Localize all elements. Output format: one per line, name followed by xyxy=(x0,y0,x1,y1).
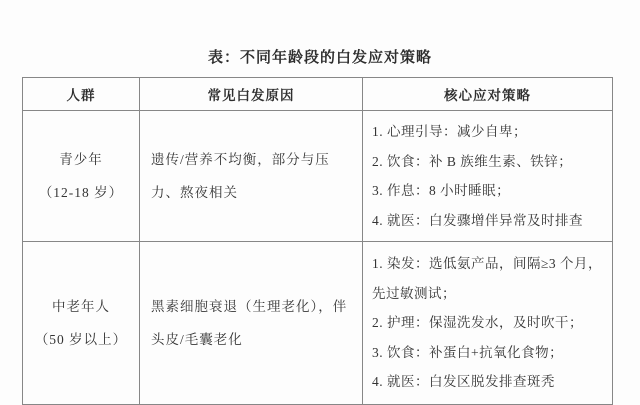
strategy-line: 2. 饮食：补 B 族维生素、铁锌； xyxy=(372,147,606,177)
group-name: 中老年人 xyxy=(24,290,138,323)
group-age: （12-18 岁） xyxy=(24,176,138,209)
header-group: 人群 xyxy=(23,78,140,111)
header-strategy: 核心应对策略 xyxy=(363,78,613,111)
strategy-line: 4. 就医：白发区脱发排查斑秃 xyxy=(372,367,606,397)
strategy-line: 1. 心理引导：减少自卑； xyxy=(372,117,606,147)
strategy-line: 4. 就医：白发骤增伴异常及时排查 xyxy=(372,206,606,236)
cause-cell: 黑素细胞衰退（生理老化），伴头皮/毛囊老化 xyxy=(140,242,363,405)
group-age: （50 岁以上） xyxy=(24,323,138,356)
strategy-line: 2. 护理：保湿洗发水，及时吹干； xyxy=(372,308,606,338)
strategy-table: 人群 常见白发原因 核心应对策略 青少年 （12-18 岁） 遗传/营养不均衡，… xyxy=(22,77,613,405)
document-page: 表：不同年龄段的白发应对策略 人群 常见白发原因 核心应对策略 青少年 （12-… xyxy=(0,0,640,405)
strategy-line: 3. 作息：8 小时睡眠； xyxy=(372,176,606,206)
group-name: 青少年 xyxy=(24,143,138,176)
table-row-elderly: 中老年人 （50 岁以上） 黑素细胞衰退（生理老化），伴头皮/毛囊老化 1. 染… xyxy=(23,242,613,405)
group-cell: 中老年人 （50 岁以上） xyxy=(23,242,140,405)
strategy-line: 1. 染发：选低氨产品，间隔≥3 个月，先过敏测试； xyxy=(372,249,606,308)
header-cause: 常见白发原因 xyxy=(140,78,363,111)
strategy-cell: 1. 心理引导：减少自卑； 2. 饮食：补 B 族维生素、铁锌； 3. 作息：8… xyxy=(363,111,613,242)
header-row: 人群 常见白发原因 核心应对策略 xyxy=(23,78,613,111)
group-cell: 青少年 （12-18 岁） xyxy=(23,111,140,242)
strategy-cell: 1. 染发：选低氨产品，间隔≥3 个月，先过敏测试； 2. 护理：保湿洗发水，及… xyxy=(363,242,613,405)
cause-cell: 遗传/营养不均衡，部分与压力、熬夜相关 xyxy=(140,111,363,242)
strategy-line: 3. 饮食：补蛋白+抗氧化食物； xyxy=(372,338,606,368)
table-title: 表：不同年龄段的白发应对策略 xyxy=(0,46,640,67)
table-row-teenagers: 青少年 （12-18 岁） 遗传/营养不均衡，部分与压力、熬夜相关 1. 心理引… xyxy=(23,111,613,242)
